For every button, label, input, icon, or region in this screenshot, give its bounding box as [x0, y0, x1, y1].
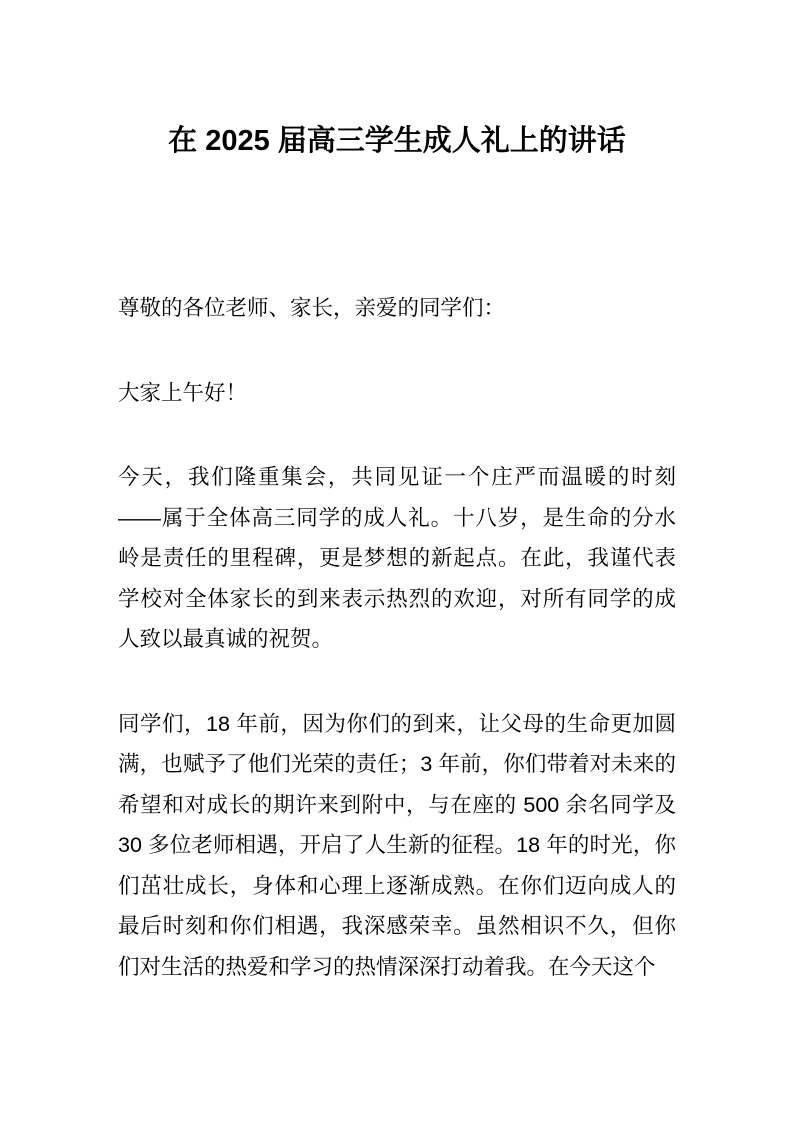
paragraph-salutation: 尊敬的各位老师、家长，亲爱的同学们：: [118, 288, 676, 329]
paragraph-opening: 今天，我们隆重集会，共同见证一个庄严而温暖的时刻——属于全体高三同学的成人礼。十…: [118, 457, 676, 660]
document-title: 在 2025 届高三学生成人礼上的讲话: [118, 122, 676, 160]
paragraph-greeting: 大家上午好！: [118, 373, 676, 414]
document-page: 在 2025 届高三学生成人礼上的讲话 尊敬的各位老师、家长，亲爱的同学们： 大…: [0, 0, 793, 1122]
paragraph-body: 同学们，18 年前，因为你们的到来，让父母的生命更加圆满，也赋予了他们光荣的责任…: [118, 704, 676, 988]
document-body: 尊敬的各位老师、家长，亲爱的同学们： 大家上午好！ 今天，我们隆重集会，共同见证…: [118, 288, 676, 987]
